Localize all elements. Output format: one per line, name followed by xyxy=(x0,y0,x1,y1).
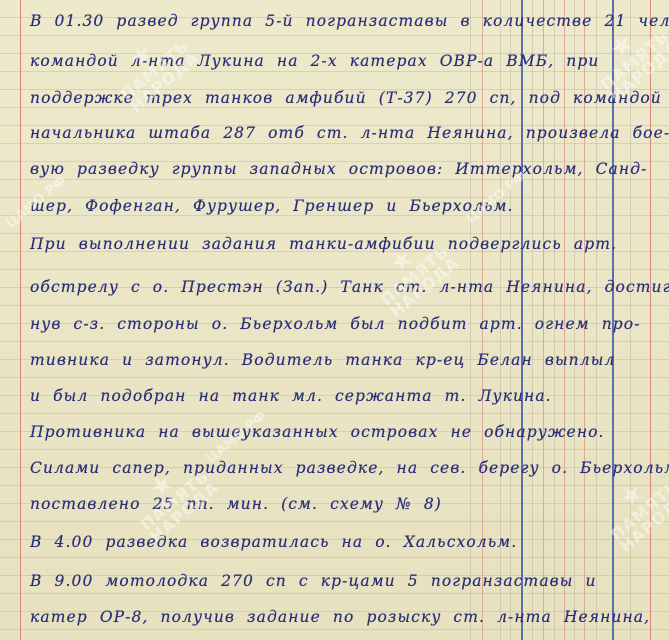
text-line: катер ОР-8, получив задание по розыску с… xyxy=(30,608,660,626)
text-line: нув с-з. стороны о. Бьерхольм был подбит… xyxy=(30,315,660,333)
text-line: вую разведку группы западных островов: И… xyxy=(30,160,660,178)
ledger-page: В 01.30 развед группа 5-й погранзаставы … xyxy=(0,0,669,640)
text-line: начальника штаба 287 отб ст. л-нта Неяни… xyxy=(30,124,660,142)
text-line: поддержке трех танков амфибий (Т-37) 270… xyxy=(30,89,660,107)
text-line: поставлено 25 пп. мин. (см. схему № 8) xyxy=(30,495,660,513)
text-line: В 4.00 разведка возвратилась на о. Хальс… xyxy=(30,533,660,551)
text-line: шер, Фофенган, Фурушер, Греншер и Бьерхо… xyxy=(30,197,660,215)
text-line: тивника и затонул. Водитель танка кр-ец … xyxy=(30,351,660,369)
text-line: Противника на вышеуказанных островах не … xyxy=(30,423,660,441)
text-line: При выполнении задания танки-амфибии под… xyxy=(30,235,660,253)
text-line: В 01.30 развед группа 5-й погранзаставы … xyxy=(30,12,660,30)
text-line: командой л-нта Лукина на 2-х катерах ОВР… xyxy=(30,52,660,70)
text-line: обстрелу с о. Престэн (Зап.) Танк ст. л-… xyxy=(30,278,660,296)
text-line: и был подобран на танк мл. сержанта т. Л… xyxy=(30,387,660,405)
margin-rule xyxy=(20,0,21,640)
text-line: В 9.00 мотолодка 270 сп с кр-цами 5 погр… xyxy=(30,572,660,590)
text-line: Силами сапер, приданных разведке, на сев… xyxy=(30,459,660,477)
